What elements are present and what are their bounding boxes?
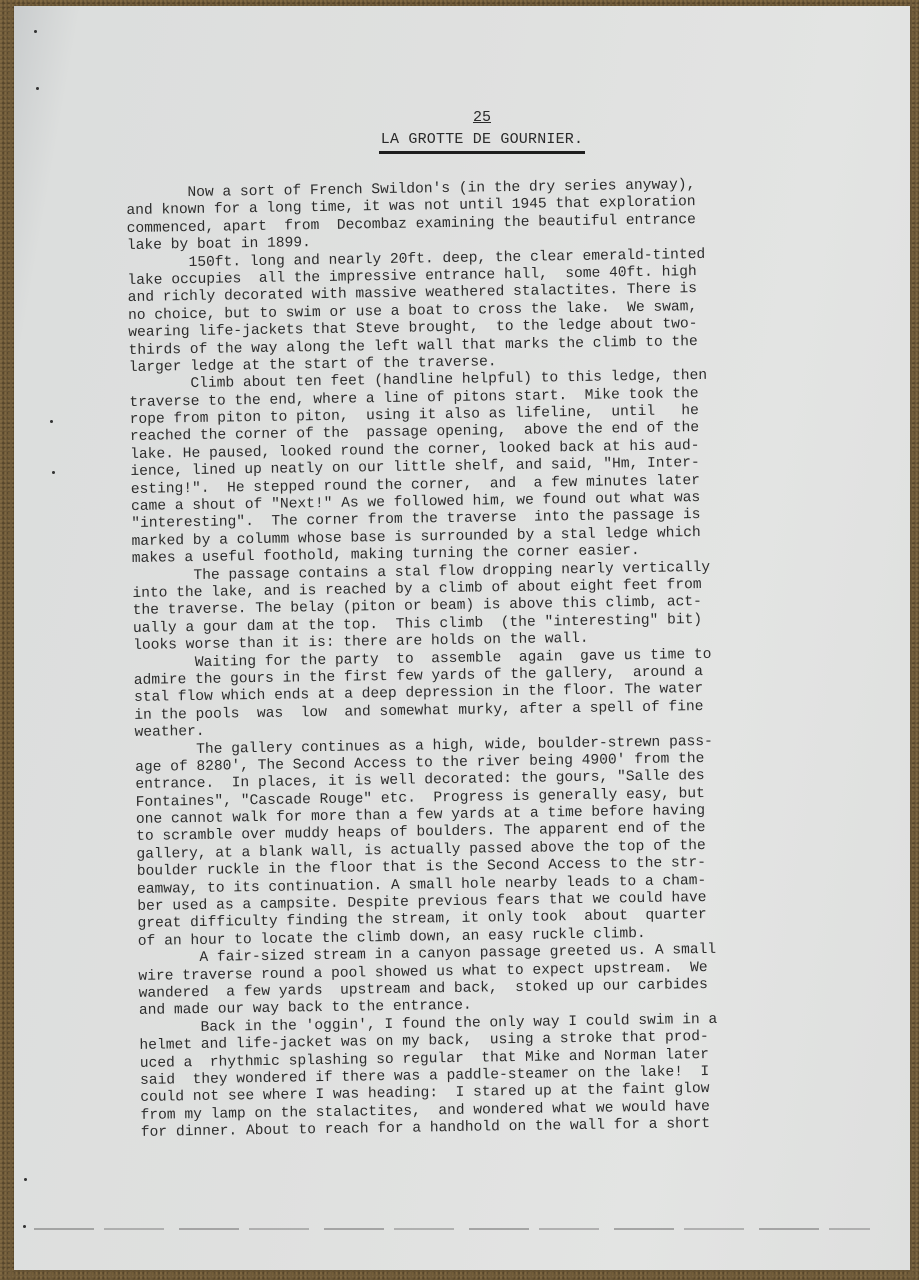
page-fold-line [34, 1228, 870, 1230]
punch-hole-mark [23, 1225, 26, 1228]
punch-hole-mark [52, 471, 55, 474]
typewritten-page: 25 LA GROTTE DE GOURNIER. Now a sort of … [14, 6, 910, 1270]
punch-hole-mark [50, 420, 53, 423]
punch-hole-mark [24, 1178, 27, 1181]
punch-hole-mark [34, 30, 37, 33]
punch-hole-mark [36, 87, 39, 90]
page-header: 25 LA GROTTE DE GOURNIER. [14, 108, 910, 154]
page-number: 25 [473, 109, 491, 126]
article-body: Now a sort of French Swildon's (in the d… [126, 176, 781, 1142]
page-title: LA GROTTE DE GOURNIER. [379, 131, 585, 154]
